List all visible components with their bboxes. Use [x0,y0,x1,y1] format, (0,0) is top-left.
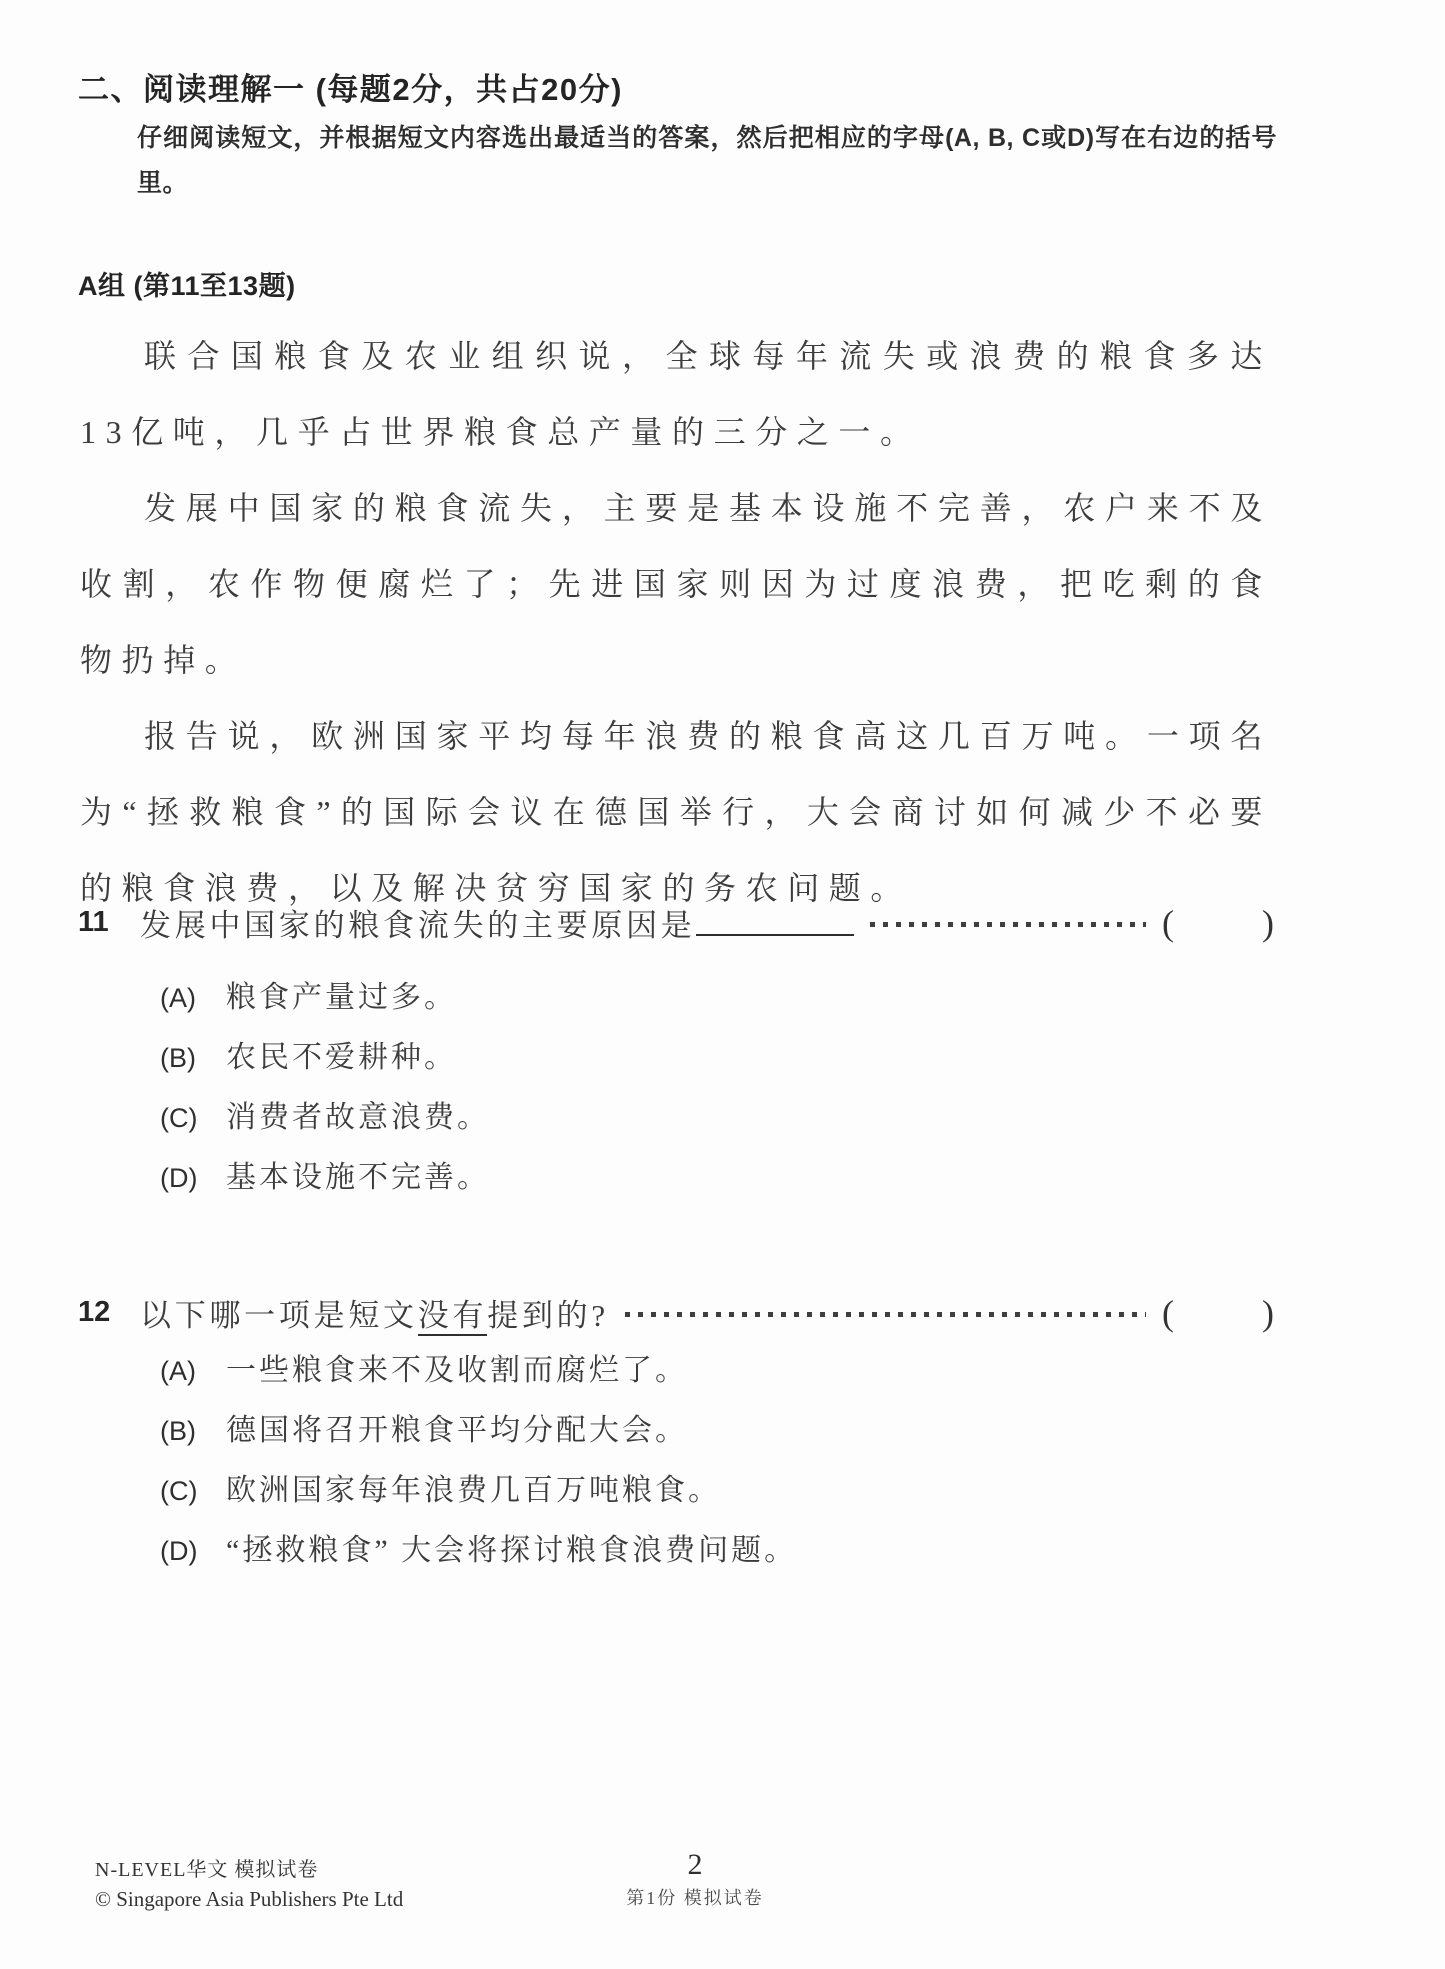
question-11-stem: 发展中国家的粮食流失的主要原因是 [140,900,854,945]
answer-bracket-close: ) [1262,1292,1274,1334]
option-text: 消费者故意浪费。 [226,1092,490,1136]
option-row: (A) 粮食产量过多。 [160,972,490,1032]
option-letter: (A) [160,983,226,1014]
option-row: (B) 农民不爱耕种。 [160,1032,490,1092]
option-letter: (C) [160,1103,226,1134]
option-text: 农民不爱耕种。 [226,1032,457,1076]
question-12-number: 12 [78,1296,140,1329]
answer-bracket: () [1162,1292,1274,1334]
answer-bracket-open: ( [1162,1292,1174,1334]
footer-center: 2 第1份 模拟试卷 [610,1848,780,1910]
option-text: 基本设施不完善。 [226,1152,490,1196]
reading-passage: 联合国粮食及农业组织说，全球每年流失或浪费的粮食多达13亿吨，几乎占世界粮食总产… [80,318,1272,926]
answer-bracket: () [1162,902,1274,944]
option-row: (D) “拯救粮食” 大会将探讨粮食浪费问题。 [160,1525,797,1585]
section-instructions: 仔细阅读短文，并根据短文内容选出最适当的答案，然后把相应的字母(A, B, C或… [137,116,1277,206]
passage-paragraph-2: 发展中国家的粮食流失，主要是基本设施不完善，农户来不及收割，农作物便腐烂了；先进… [80,470,1272,698]
option-letter: (D) [160,1536,226,1567]
answer-bracket-open: ( [1162,902,1174,944]
question-12-stem-after: 提到的? [487,1298,609,1333]
option-row: (D) 基本设施不完善。 [160,1152,490,1212]
option-text: 德国将召开粮食平均分配大会。 [226,1405,688,1449]
question-11: 11 发展中国家的粮食流失的主要原因是 () [78,900,1274,945]
section-title: 二、阅读理解一 (每题2分，共占20分) [78,64,623,109]
option-letter: (C) [160,1476,226,1507]
option-row: (B) 德国将召开粮食平均分配大会。 [160,1405,797,1465]
answer-bracket-close: ) [1262,902,1274,944]
option-letter: (B) [160,1043,226,1074]
footer-publication: N-LEVEL华文 模拟试卷 [95,1853,403,1882]
option-letter: (D) [160,1163,226,1194]
question-11-number: 11 [78,906,140,939]
option-letter: (A) [160,1356,226,1387]
footer-left: N-LEVEL华文 模拟试卷 © Singapore Asia Publishe… [95,1853,403,1912]
option-text: 欧洲国家每年浪费几百万吨粮食。 [226,1465,721,1509]
question-11-options: (A) 粮食产量过多。 (B) 农民不爱耕种。 (C) 消费者故意浪费。 (D)… [160,972,490,1212]
option-row: (C) 欧洲国家每年浪费几百万吨粮食。 [160,1465,797,1525]
option-letter: (B) [160,1416,226,1447]
question-11-stem-text: 发展中国家的粮食流失的主要原因是 [140,908,696,943]
option-text: “拯救粮食” 大会将探讨粮食浪费问题。 [226,1525,797,1569]
footer-copyright: © Singapore Asia Publishers Pte Ltd [95,1887,403,1912]
passage-paragraph-3: 报告说，欧洲国家平均每年浪费的粮食高这几百万吨。一项名为“拯救粮食”的国际会议在… [80,698,1272,926]
option-text: 一些粮食来不及收割而腐烂了。 [226,1345,688,1389]
answer-blank [696,900,854,936]
option-row: (A) 一些粮食来不及收割而腐烂了。 [160,1345,797,1405]
option-row: (C) 消费者故意浪费。 [160,1092,490,1152]
question-12-options: (A) 一些粮食来不及收割而腐烂了。 (B) 德国将召开粮食平均分配大会。 (C… [160,1345,797,1585]
option-text: 粮食产量过多。 [226,972,457,1016]
passage-paragraph-1: 联合国粮食及农业组织说，全球每年流失或浪费的粮食多达13亿吨，几乎占世界粮食总产… [80,318,1272,470]
question-12-stem-before: 以下哪一项是短文 [140,1298,418,1333]
page-number: 2 [610,1848,780,1882]
group-heading: A组 (第11至13题) [78,264,296,303]
dotted-leader [625,1312,1146,1317]
exam-page: 二、阅读理解一 (每题2分，共占20分) 仔细阅读短文，并根据短文内容选出最适当… [0,0,1445,1969]
question-12-stem-underlined: 没有 [418,1298,487,1336]
question-12: 12 以下哪一项是短文没有提到的? () [78,1290,1274,1335]
dotted-leader [870,922,1146,927]
footer-caption: 第1份 模拟试卷 [610,1884,780,1910]
question-12-stem: 以下哪一项是短文没有提到的? [140,1290,609,1335]
